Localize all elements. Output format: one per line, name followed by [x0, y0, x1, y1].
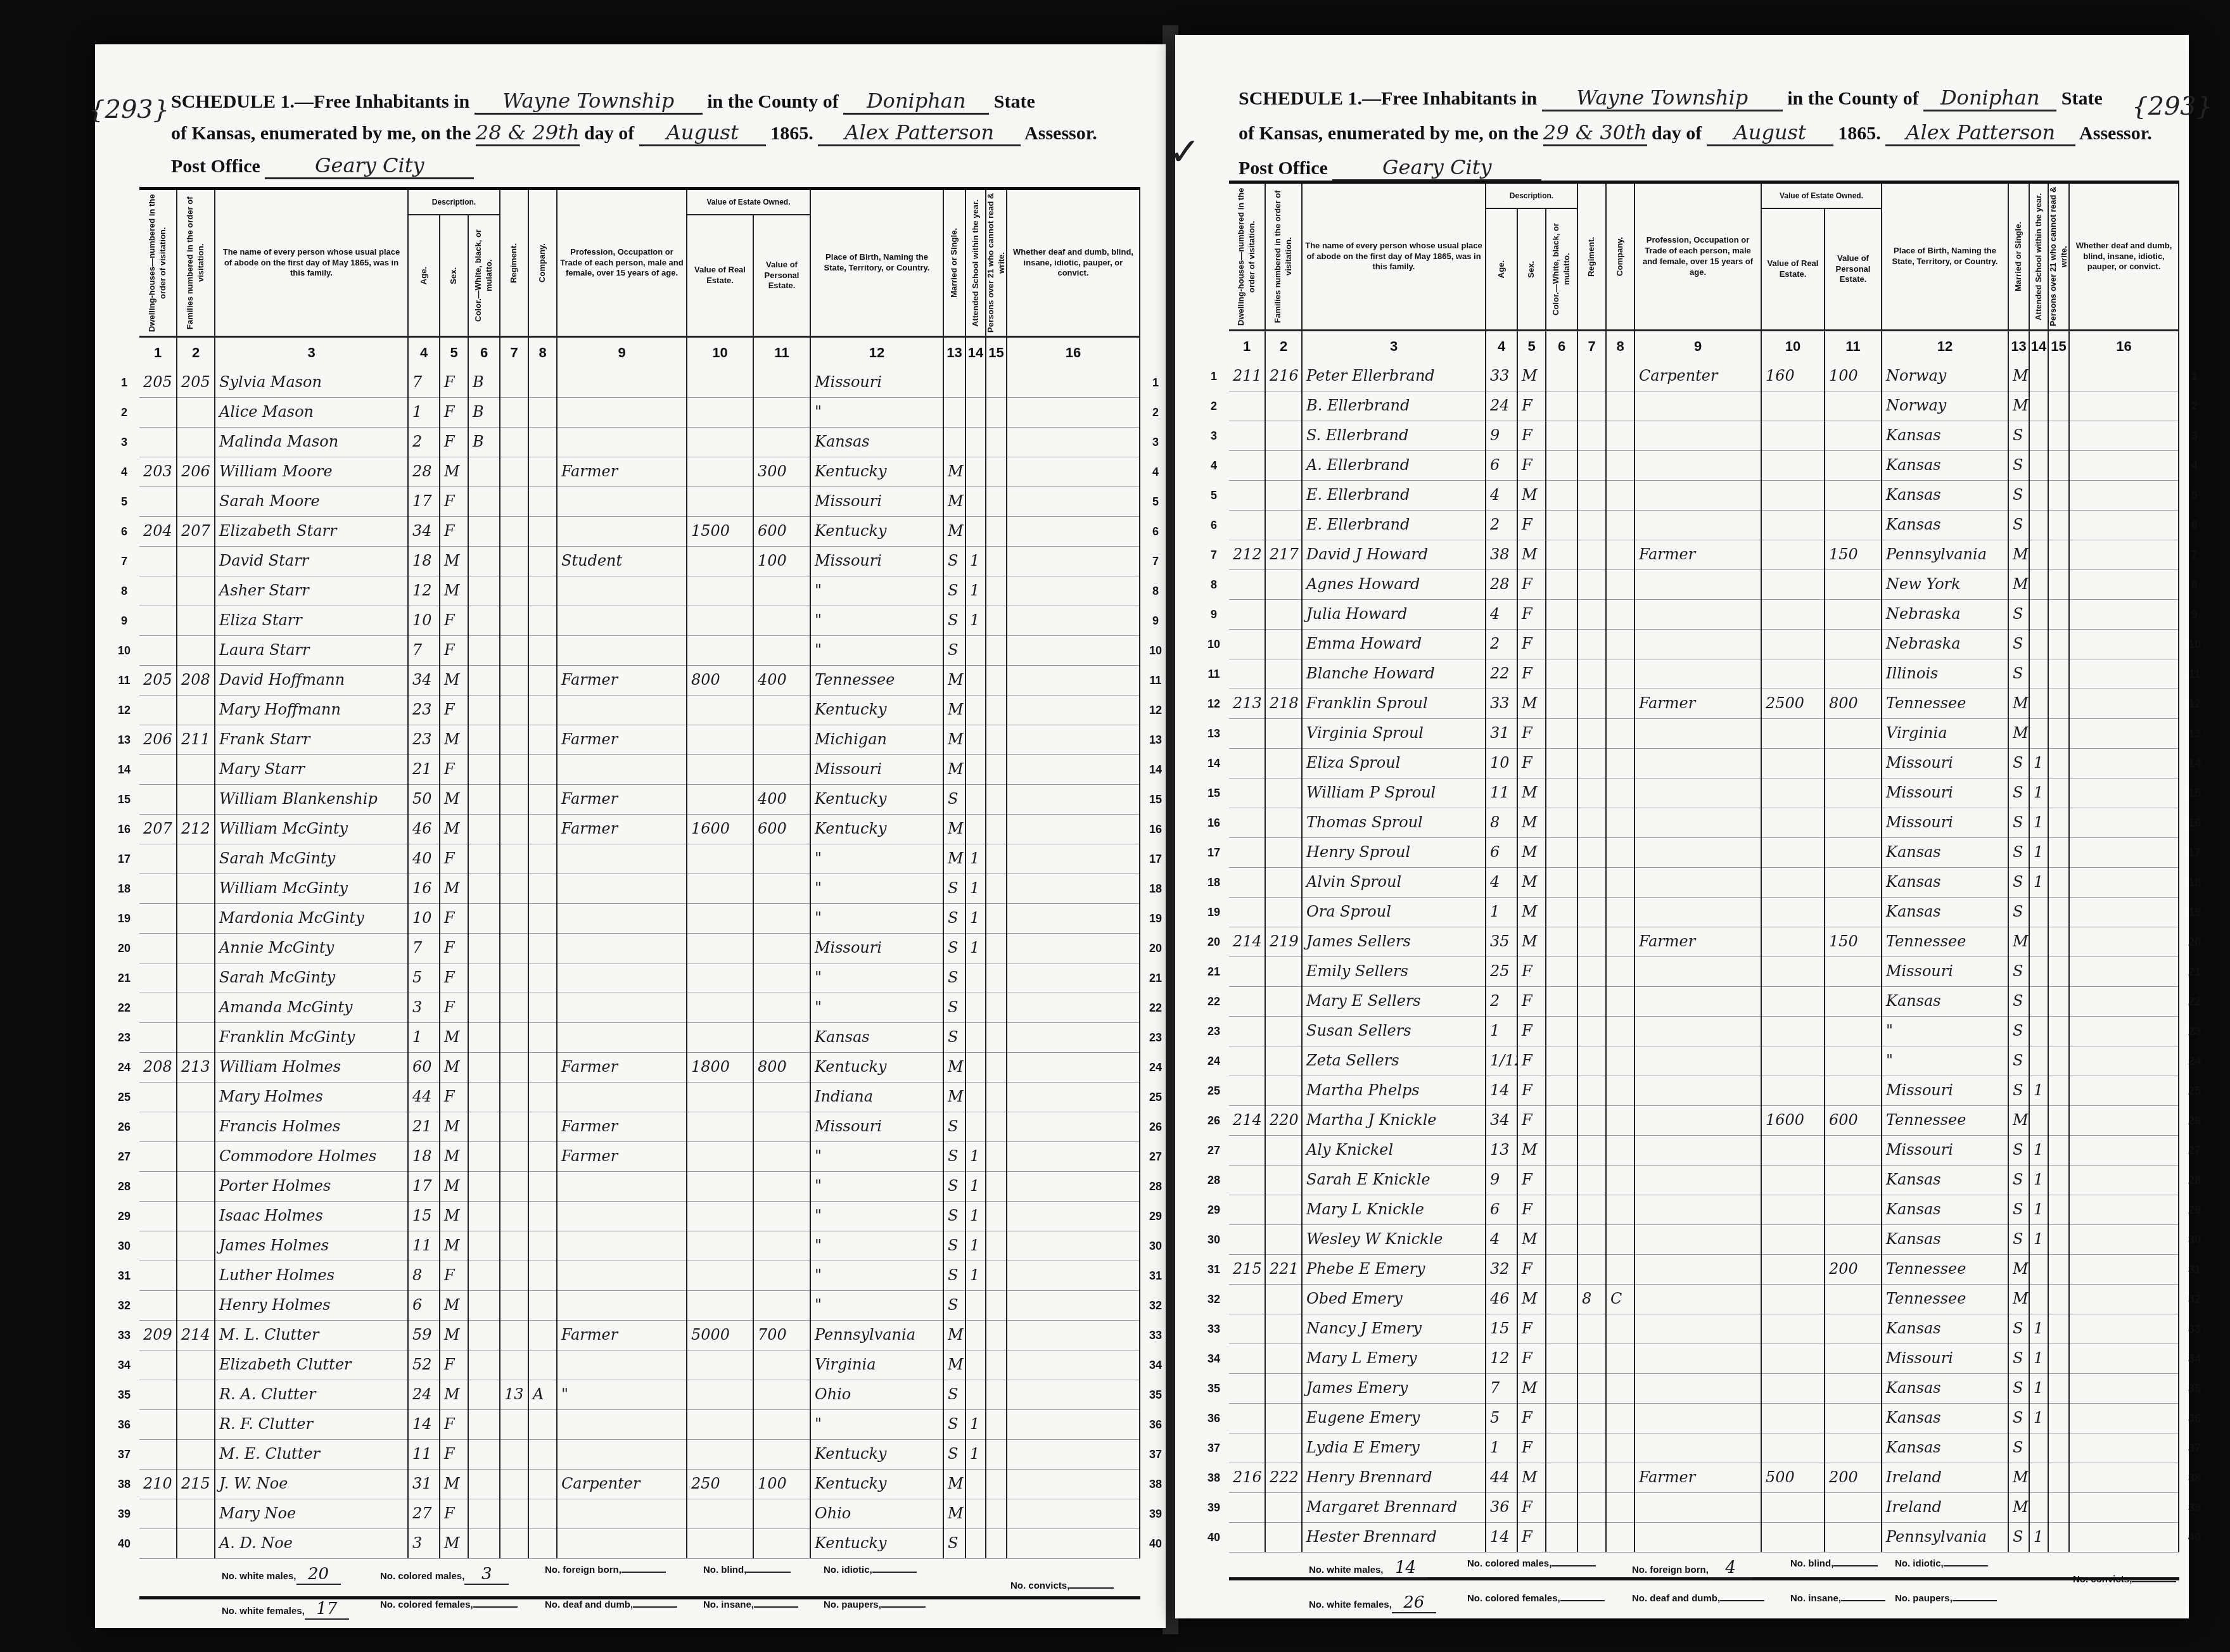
cell-ms: S — [944, 874, 966, 903]
cell-occ — [557, 1528, 687, 1558]
cell-name: William Moore — [215, 457, 409, 486]
cell-sex: F — [1518, 1433, 1546, 1463]
cell-co — [1607, 629, 1635, 659]
cell-sch — [966, 1082, 986, 1112]
cell-rw — [986, 1320, 1007, 1350]
cell-name: Porter Holmes — [215, 1171, 409, 1201]
cell-d — [1229, 778, 1266, 808]
cell-ms: S — [2009, 450, 2030, 480]
census-table: Dwelling-houses—numbered in the order of… — [1229, 181, 2179, 1580]
cell-pers: 150 — [1825, 927, 1882, 956]
left-census-page: {293} SCHEDULE 1.—Free Inhabitants in Wa… — [95, 44, 1166, 1628]
cell-name: Malinda Mason — [215, 427, 409, 457]
cell-sch — [2030, 599, 2049, 629]
line-number: 1 — [1144, 367, 1167, 398]
line-number: 13 — [1202, 718, 1225, 749]
cell-birth: Tennessee — [1882, 689, 2009, 718]
cell-age: 15 — [1486, 1314, 1518, 1344]
cell-rw — [2049, 1522, 2070, 1552]
cell-real — [687, 576, 754, 606]
cell-color — [1546, 659, 1578, 689]
cell-sch: 1 — [966, 546, 986, 576]
cell-d — [1229, 956, 1266, 986]
cell-rw — [986, 844, 1007, 874]
cell-x — [1007, 1409, 1140, 1439]
cell-sch — [966, 1052, 986, 1082]
line-number: 37 — [113, 1439, 136, 1470]
column-number: 2 — [1266, 329, 1303, 361]
table-row: 11211216Peter Ellerbrand33MCarpenter1601… — [1229, 361, 2179, 391]
cell-birth: Virginia — [1882, 718, 2009, 748]
cell-f: 211 — [177, 725, 215, 754]
cell-name: Isaac Holmes — [215, 1201, 409, 1231]
cell-d: 212 — [1229, 540, 1266, 569]
cell-f — [1266, 1135, 1303, 1165]
line-number: 12 — [1144, 695, 1167, 726]
cell-d — [1229, 748, 1266, 778]
cell-color — [1546, 1284, 1578, 1314]
table-row: 3434Elizabeth Clutter52FVirginiaM — [139, 1350, 1140, 1380]
cell-x — [1007, 546, 1140, 576]
cell-ms: M — [2009, 927, 2030, 956]
cell-rw — [986, 784, 1007, 814]
cell-birth: Tennessee — [1882, 1105, 2009, 1135]
cell-sex: F — [1518, 956, 1546, 986]
line-number: 10 — [113, 635, 136, 666]
cell-color — [469, 516, 500, 546]
cell-d — [139, 1350, 177, 1380]
cell-pers — [754, 1082, 811, 1112]
line-number: 19 — [2183, 897, 2206, 928]
assessor-field: Alex Patterson — [1885, 120, 2075, 146]
cell-d — [139, 1112, 177, 1141]
line-number: 7 — [1144, 546, 1167, 577]
cell-sch — [966, 457, 986, 486]
column-number: 15 — [986, 336, 1007, 367]
cell-f — [1266, 1373, 1303, 1403]
cell-age: 27 — [409, 1499, 440, 1528]
cell-rw — [2049, 450, 2070, 480]
cell-sex: F — [1518, 1016, 1546, 1046]
cell-d — [1229, 1224, 1266, 1254]
cell-f — [1266, 956, 1303, 986]
table-row: 3333209214M. L. Clutter59MFarmer5000700P… — [139, 1320, 1140, 1350]
line-number: 20 — [113, 933, 136, 964]
cell-sex: F — [1518, 1522, 1546, 1552]
line-number: 9 — [1144, 606, 1167, 637]
line-number: 16 — [2183, 808, 2206, 839]
cell-d — [139, 695, 177, 725]
cell-name: Susan Sellers — [1303, 1016, 1486, 1046]
table-row: 1212213218Franklin Sproul33MFarmer250080… — [1229, 689, 2179, 719]
cell-ms: S — [944, 1380, 966, 1409]
cell-d — [139, 1261, 177, 1290]
cell-sex: F — [1518, 1344, 1546, 1373]
estate-group-header: Value of Estate Owned. — [687, 190, 811, 215]
cell-pers — [754, 754, 811, 784]
table-row: 2020Annie McGinty7FMissouriS1 — [139, 933, 1140, 963]
cell-rw — [986, 1231, 1007, 1261]
column-header-15: Persons over 21 who cannot read & write. — [986, 190, 1007, 336]
page-number: {293} — [2132, 92, 2212, 121]
cell-age: 21 — [409, 1112, 440, 1141]
cell-d: 205 — [139, 665, 177, 695]
cell-ms: M — [2009, 391, 2030, 421]
cell-birth: Kansas — [1882, 1224, 2009, 1254]
cell-ms: S — [2009, 421, 2030, 450]
cell-co — [1607, 986, 1635, 1016]
cell-occ — [1635, 1314, 1762, 1344]
cell-color — [469, 1171, 500, 1201]
cell-co — [529, 546, 557, 576]
cell-rw — [986, 933, 1007, 963]
line-number: 5 — [1144, 486, 1167, 518]
cell-birth: " — [1882, 1046, 2009, 1076]
cell-co — [529, 725, 557, 754]
cell-reg — [500, 1231, 529, 1261]
footer-colored-females: No. colored females, — [1467, 1593, 1605, 1604]
cell-x — [1007, 457, 1140, 486]
cell-f — [1266, 718, 1303, 748]
cell-age: 10 — [409, 606, 440, 635]
cell-color — [469, 1469, 500, 1499]
cell-name: R. F. Clutter — [215, 1409, 409, 1439]
cell-sex: F — [1518, 391, 1546, 421]
checkmark-icon: ✓ — [1169, 130, 1201, 174]
cell-age: 23 — [409, 695, 440, 725]
cell-sch — [966, 1350, 986, 1380]
line-number: 23 — [1144, 1022, 1167, 1053]
cell-age: 3 — [409, 1528, 440, 1558]
table-row: 33Malinda Mason2FBKansas — [139, 427, 1140, 457]
cell-real — [687, 933, 754, 963]
column-header-1: Dwelling-houses—numbered in the order of… — [139, 190, 177, 336]
cell-sex: F — [1518, 1046, 1546, 1076]
cell-reg — [500, 754, 529, 784]
line-number: 37 — [1144, 1439, 1167, 1470]
column-header-4: Age. — [1486, 209, 1518, 329]
cell-occ — [1635, 1195, 1762, 1224]
cell-sch — [2030, 1492, 2049, 1522]
cell-pers — [1825, 599, 1882, 629]
cell-d — [139, 1141, 177, 1171]
cell-color — [1546, 480, 1578, 510]
cell-x — [1007, 516, 1140, 546]
cell-color: B — [469, 427, 500, 457]
cell-pers — [1825, 659, 1882, 689]
table-row: 3131215221Phebe E Emery32F200TennesseeM — [1229, 1254, 2179, 1285]
cell-rw — [986, 457, 1007, 486]
column-header-5: Sex. — [440, 215, 469, 336]
cell-color — [469, 725, 500, 754]
cell-co: A — [529, 1380, 557, 1409]
cell-sch: 1 — [966, 1231, 986, 1261]
cell-name: William P Sproul — [1303, 778, 1486, 808]
line-number: 28 — [1202, 1165, 1225, 1196]
cell-reg — [500, 367, 529, 397]
cell-reg — [500, 516, 529, 546]
cell-reg — [500, 1499, 529, 1528]
line-number: 31 — [113, 1261, 136, 1292]
cell-reg — [500, 1201, 529, 1231]
cell-sch — [2030, 421, 2049, 450]
cell-real — [687, 1439, 754, 1469]
cell-f — [177, 1409, 215, 1439]
cell-f — [177, 1528, 215, 1558]
cell-real: 800 — [687, 665, 754, 695]
cell-birth: Ohio — [811, 1380, 944, 1409]
cell-birth: Tennessee — [1882, 1254, 2009, 1284]
cell-f — [177, 754, 215, 784]
cell-rw — [2049, 391, 2070, 421]
line-number: 27 — [2183, 1135, 2206, 1166]
cell-age: 4 — [1486, 1224, 1518, 1254]
cell-co — [1607, 867, 1635, 897]
cell-reg — [1578, 1463, 1607, 1492]
cell-real — [1762, 748, 1825, 778]
column-number: 1 — [139, 336, 177, 367]
post-office-field: Geary City — [265, 153, 474, 179]
cell-sch — [2030, 540, 2049, 569]
cell-real — [1762, 629, 1825, 659]
cell-d — [1229, 450, 1266, 480]
column-number: 10 — [1762, 329, 1825, 361]
line-number: 40 — [1144, 1528, 1167, 1560]
table-row: 3838216222Henry Brennard44MFarmer500200I… — [1229, 1463, 2179, 1493]
cell-ms: M — [2009, 1105, 2030, 1135]
column-number: 11 — [1825, 329, 1882, 361]
cell-birth: Kansas — [1882, 1373, 2009, 1403]
cell-co — [1607, 1105, 1635, 1135]
cell-d — [1229, 1403, 1266, 1433]
line-number: 14 — [1202, 748, 1225, 779]
cell-co — [1607, 1076, 1635, 1105]
cell-color — [1546, 629, 1578, 659]
cell-sex: M — [440, 814, 469, 844]
cell-sex: F — [1518, 748, 1546, 778]
cell-sex: M — [440, 1380, 469, 1409]
cell-sex: M — [440, 1231, 469, 1261]
cell-reg — [1578, 1403, 1607, 1433]
cell-age: 33 — [1486, 361, 1518, 391]
line-number: 36 — [1144, 1409, 1167, 1440]
cell-sch — [2030, 927, 2049, 956]
cell-f — [1266, 778, 1303, 808]
cell-pers — [1825, 450, 1882, 480]
cell-color — [1546, 1165, 1578, 1195]
cell-ms: S — [944, 1231, 966, 1261]
cell-name: William McGinty — [215, 814, 409, 844]
cell-f — [1266, 1046, 1303, 1076]
footer-deaf-dumb: No. deaf and dumb, — [545, 1599, 677, 1610]
cell-color — [1546, 599, 1578, 629]
column-number: 3 — [215, 336, 409, 367]
cell-sex: F — [440, 1439, 469, 1469]
cell-reg — [500, 844, 529, 874]
cell-real — [1762, 1492, 1825, 1522]
cell-occ — [557, 1350, 687, 1380]
cell-occ: Farmer — [557, 1112, 687, 1141]
table-row: 1616207212William McGinty46MFarmer160060… — [139, 814, 1140, 844]
cell-sex: M — [1518, 1135, 1546, 1165]
cell-name: David J Howard — [1303, 540, 1486, 569]
cell-birth: " — [811, 874, 944, 903]
line-number: 17 — [1144, 844, 1167, 875]
cell-rw — [2049, 1254, 2070, 1284]
cell-ms: M — [944, 1320, 966, 1350]
cell-d — [1229, 1046, 1266, 1076]
column-header-14: Attended School within the year. — [2030, 184, 2049, 329]
cell-occ — [557, 427, 687, 457]
cell-birth: Kansas — [1882, 986, 2009, 1016]
cell-rw — [2049, 1224, 2070, 1254]
cell-rw — [2049, 1463, 2070, 1492]
cell-rw — [986, 486, 1007, 516]
cell-co — [529, 1201, 557, 1231]
line-number: 13 — [1144, 725, 1167, 756]
cell-pers — [1825, 1492, 1882, 1522]
footer-white-males: No. white males,20 — [222, 1565, 341, 1585]
cell-name: Peter Ellerbrand — [1303, 361, 1486, 391]
cell-age: 50 — [409, 784, 440, 814]
cell-x — [2070, 927, 2179, 956]
cell-ms: M — [2009, 361, 2030, 391]
cell-reg — [1578, 1314, 1607, 1344]
cell-birth: Kansas — [1882, 480, 2009, 510]
cell-sex: F — [1518, 1195, 1546, 1224]
cell-co — [529, 576, 557, 606]
footer-paupers: No. paupers, — [1895, 1593, 1997, 1604]
column-number: 12 — [1882, 329, 2009, 361]
cell-f: 207 — [177, 516, 215, 546]
cell-age: 12 — [1486, 1344, 1518, 1373]
cell-reg — [1578, 748, 1607, 778]
cell-rw — [986, 903, 1007, 933]
cell-co — [529, 1022, 557, 1052]
cell-ms: S — [2009, 1165, 2030, 1195]
cell-color — [469, 457, 500, 486]
table-row: 66204207Elizabeth Starr34F1500600Kentuck… — [139, 516, 1140, 547]
footer-convicts: No. convicts, — [1010, 1580, 1114, 1591]
cell-ms: S — [2009, 1195, 2030, 1224]
line-number: 27 — [113, 1141, 136, 1172]
cell-pers — [754, 1528, 811, 1558]
cell-x — [2070, 986, 2179, 1016]
cell-f — [1266, 569, 1303, 599]
cell-rw — [2049, 1046, 2070, 1076]
cell-sex: F — [1518, 1165, 1546, 1195]
cell-age: 5 — [409, 963, 440, 993]
cell-co — [529, 606, 557, 635]
line-number: 27 — [1202, 1135, 1225, 1166]
cell-reg — [500, 784, 529, 814]
cell-color — [1546, 510, 1578, 540]
cell-sch — [2030, 1016, 2049, 1046]
cell-rw — [2049, 510, 2070, 540]
cell-age: 2 — [1486, 629, 1518, 659]
cell-x — [2070, 718, 2179, 748]
cell-rw — [2049, 629, 2070, 659]
cell-reg — [1578, 986, 1607, 1016]
cell-name: Margaret Brennard — [1303, 1492, 1486, 1522]
cell-ms: S — [944, 1201, 966, 1231]
line-number: 31 — [2183, 1254, 2206, 1285]
cell-pers — [1825, 391, 1882, 421]
cell-ms: S — [944, 933, 966, 963]
cell-x — [1007, 754, 1140, 784]
cell-rw — [986, 725, 1007, 754]
cell-age: 14 — [409, 1409, 440, 1439]
line-number: 4 — [1144, 457, 1167, 488]
cell-x — [1007, 784, 1140, 814]
table-row: 3737M. E. Clutter11FKentuckyS1 — [139, 1439, 1140, 1470]
cell-co — [529, 1052, 557, 1082]
cell-reg — [500, 725, 529, 754]
cell-f — [177, 1141, 215, 1171]
line-number: 23 — [1202, 1016, 1225, 1047]
cell-sex: F — [440, 1082, 469, 1112]
cell-sch: 1 — [966, 1439, 986, 1469]
cell-reg — [1578, 659, 1607, 689]
cell-ms: S — [944, 1141, 966, 1171]
post-office-field: Geary City — [1332, 155, 1541, 181]
column-header-10: Value of Real Estate. — [1762, 209, 1825, 329]
cell-name: Mardonia McGinty — [215, 903, 409, 933]
cell-sch: 1 — [966, 1171, 986, 1201]
cell-sch: 1 — [2030, 1076, 2049, 1105]
cell-color — [469, 576, 500, 606]
table-row: 3939Margaret Brennard36FIrelandM — [1229, 1492, 2179, 1523]
cell-name: E. Ellerbrand — [1303, 510, 1486, 540]
cell-age: 14 — [1486, 1076, 1518, 1105]
line-number: 15 — [113, 784, 136, 815]
cell-x — [1007, 844, 1140, 874]
cell-pers: 100 — [1825, 361, 1882, 391]
cell-f — [177, 1380, 215, 1409]
cell-sex: M — [1518, 808, 1546, 837]
cell-pers — [754, 963, 811, 993]
cell-pers — [1825, 1135, 1882, 1165]
cell-sch — [2030, 956, 2049, 986]
cell-rw — [986, 367, 1007, 397]
cell-d — [1229, 1522, 1266, 1552]
cell-pers — [1825, 1046, 1882, 1076]
cell-co — [1607, 1195, 1635, 1224]
cell-f — [1266, 1433, 1303, 1463]
cell-co — [529, 1082, 557, 1112]
cell-age: 31 — [409, 1469, 440, 1499]
cell-birth: Missouri — [1882, 1344, 2009, 1373]
cell-x — [2070, 510, 2179, 540]
line-number: 21 — [2183, 956, 2206, 988]
cell-sex: F — [1518, 1314, 1546, 1344]
cell-reg — [500, 606, 529, 635]
cell-color — [1546, 1195, 1578, 1224]
line-number: 16 — [1144, 814, 1167, 845]
cell-birth: Tennessee — [1882, 1284, 2009, 1314]
cell-reg — [500, 1082, 529, 1112]
cell-f — [177, 576, 215, 606]
cell-color — [469, 933, 500, 963]
footer-insane: No. insane, — [703, 1599, 798, 1610]
cell-age: 44 — [1486, 1463, 1518, 1492]
line-number: 36 — [1202, 1403, 1225, 1434]
table-row: 55Sarah Moore17FMissouriM — [139, 486, 1140, 517]
cell-real — [1762, 808, 1825, 837]
cell-pers: 100 — [754, 546, 811, 576]
table-row: 1515William P Sproul11MMissouriS1 — [1229, 778, 2179, 808]
cell-x — [2070, 1373, 2179, 1403]
